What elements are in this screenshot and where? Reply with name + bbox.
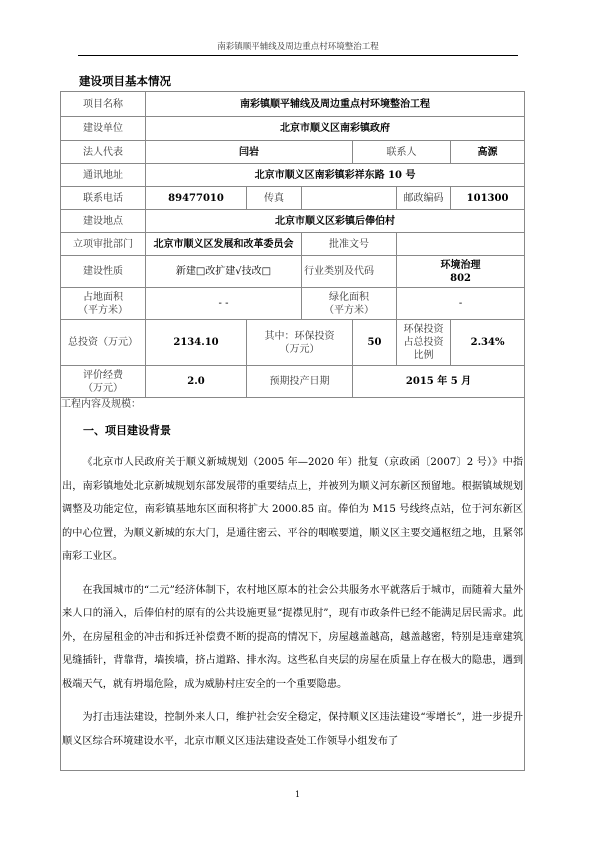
label-location: 建设地点	[61, 210, 146, 233]
value-builder: 北京市顺义区南彩镇政府	[146, 117, 525, 141]
row-builder: 建设单位 北京市顺义区南彩镇政府	[61, 117, 525, 141]
value-investment: 2134.10	[146, 320, 247, 366]
row-assessment: 评价经费 （万元） 2.0 预期投产日期 2015 年 5 月	[61, 366, 525, 398]
label-industry: 行业类别及代码	[302, 256, 397, 288]
value-green-area: -	[397, 288, 525, 320]
label-production-date: 预期投产日期	[247, 366, 353, 398]
row-phone: 联系电话 89477010 传真 邮政编码 101300	[61, 187, 525, 210]
value-fax	[302, 187, 397, 210]
row-address: 通讯地址 北京市顺义区南彩镇彩祥东路 10 号	[61, 164, 525, 187]
label-approval: 立项审批部门	[61, 233, 146, 256]
row-project-name: 项目名称 南彩镇顺平辅线及周边重点村环境整治工程	[61, 92, 525, 117]
label-postcode: 邮政编码	[397, 187, 451, 210]
label-assessment-line1: 评价经费	[63, 369, 143, 382]
label-green-area: 绿化面积 （平方米）	[302, 288, 397, 320]
label-env-line1: 其中：环保投资	[249, 330, 350, 343]
row-content: 工程内容及规模： 一、项目建设背景 《北京市人民政府关于顺义新城规划（2005 …	[61, 398, 525, 771]
label-assessment-line2: （万元）	[63, 382, 143, 395]
label-area-line1: 占地面积	[63, 291, 143, 304]
value-project-name: 南彩镇顺平辅线及周边重点村环境整治工程	[146, 92, 525, 117]
value-approval: 北京市顺义区发展和改革委员会	[146, 233, 302, 256]
label-env-line2: （万元）	[249, 343, 350, 356]
label-area-line2: （平方米）	[63, 304, 143, 317]
value-address: 北京市顺义区南彩镇彩祥东路 10 号	[146, 164, 525, 187]
project-info-table: 项目名称 南彩镇顺平辅线及周边重点村环境整治工程 建设单位 北京市顺义区南彩镇政…	[60, 91, 525, 771]
row-nature: 建设性质 新建□改扩建√技改□ 行业类别及代码 环境治理 802	[61, 256, 525, 288]
label-assessment: 评价经费 （万元）	[61, 366, 146, 398]
value-env-investment: 50	[353, 320, 397, 366]
value-env-ratio: 2.34%	[451, 320, 525, 366]
label-area: 占地面积 （平方米）	[61, 288, 146, 320]
label-fax: 传真	[247, 187, 302, 210]
label-address: 通讯地址	[61, 164, 146, 187]
paragraph-1: 《北京市人民政府关于顺义新城规划（2005 年—2020 年）批复（京政函〔20…	[61, 451, 524, 569]
value-location: 北京市顺义区彩镇后俸伯村	[146, 210, 525, 233]
label-ratio-line2: 占总投资	[399, 336, 448, 349]
content-heading: 工程内容及规模：	[61, 398, 524, 412]
label-legal-rep: 法人代表	[61, 141, 146, 164]
label-env-investment: 其中：环保投资 （万元）	[247, 320, 353, 366]
label-green-line1: 绿化面积	[304, 291, 394, 304]
paragraph-3: 为打击违法建设，控制外来人口，维护社会安全稳定，保持顺义区违法建设“零增长”，进…	[61, 706, 524, 753]
value-area: - -	[146, 288, 302, 320]
value-approval-doc	[397, 233, 525, 256]
label-contact: 联系人	[353, 141, 451, 164]
value-industry: 环境治理 802	[397, 256, 525, 288]
value-contact: 高源	[451, 141, 525, 164]
row-area: 占地面积 （平方米） - - 绿化面积 （平方米） -	[61, 288, 525, 320]
value-industry-code: 802	[399, 272, 522, 285]
label-approval-doc: 批准文号	[302, 233, 397, 256]
value-production-date: 2015 年 5 月	[353, 366, 525, 398]
running-header: 南彩镇顺平辅线及周边重点村环境整治工程	[78, 40, 518, 56]
page-number: 1	[0, 790, 595, 799]
label-project-name: 项目名称	[61, 92, 146, 117]
content-cell: 工程内容及规模： 一、项目建设背景 《北京市人民政府关于顺义新城规划（2005 …	[61, 398, 525, 771]
value-assessment: 2.0	[146, 366, 247, 398]
content-subheading: 一、项目建设背景	[83, 424, 524, 437]
value-phone: 89477010	[146, 187, 247, 210]
value-nature: 新建□改扩建√技改□	[146, 256, 302, 288]
label-env-ratio: 环保投资 占总投资 比例	[397, 320, 451, 366]
paragraph-2: 在我国城市的“二元”经济体制下，农村地区原本的社会公共服务水平就落后于城市，而随…	[61, 579, 524, 697]
label-green-line2: （平方米）	[304, 304, 394, 317]
label-builder: 建设单位	[61, 117, 146, 141]
label-investment: 总投资（万元）	[61, 320, 146, 366]
row-location: 建设地点 北京市顺义区彩镇后俸伯村	[61, 210, 525, 233]
value-industry-name: 环境治理	[399, 259, 522, 272]
row-approval: 立项审批部门 北京市顺义区发展和改革委员会 批准文号	[61, 233, 525, 256]
value-postcode: 101300	[451, 187, 525, 210]
label-phone: 联系电话	[61, 187, 146, 210]
value-legal-rep: 闫岩	[146, 141, 353, 164]
label-nature: 建设性质	[61, 256, 146, 288]
label-ratio-line1: 环保投资	[399, 323, 448, 336]
row-investment: 总投资（万元） 2134.10 其中：环保投资 （万元） 50 环保投资 占总投…	[61, 320, 525, 366]
label-ratio-line3: 比例	[399, 349, 448, 362]
row-legal-rep: 法人代表 闫岩 联系人 高源	[61, 141, 525, 164]
section-title: 建设项目基本情况	[79, 73, 171, 89]
